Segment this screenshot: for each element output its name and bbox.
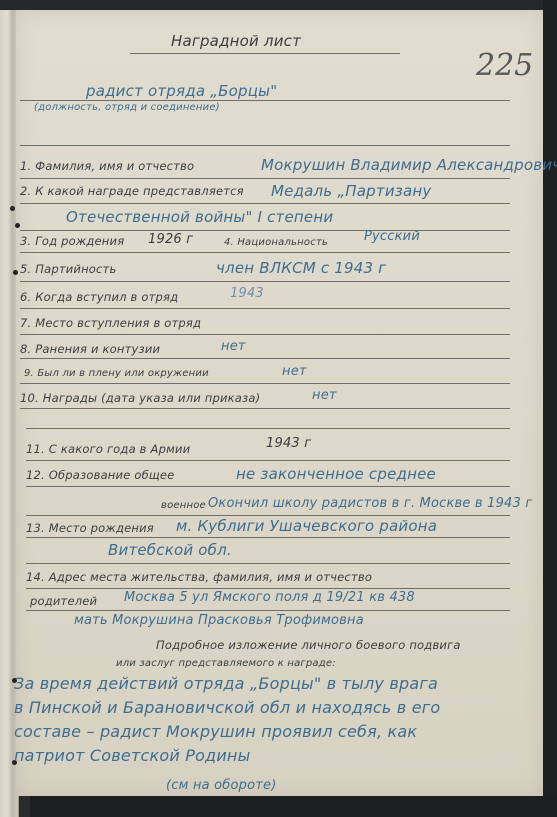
scan-right-edge xyxy=(543,0,557,817)
position-value: радист отряда „Борцы" xyxy=(86,82,277,100)
form-rule xyxy=(20,252,510,253)
field-4-value: Русский xyxy=(364,229,420,244)
scan-bottom-edge xyxy=(30,795,557,817)
narrative-line: в Пинской и Барановичской обл и находясь… xyxy=(14,698,440,717)
field-12-value: не законченное среднее xyxy=(236,465,436,483)
position-caption: (должность, отряд и соединение) xyxy=(34,102,220,113)
form-rule xyxy=(20,383,510,384)
field-4-label: 4. Национальность xyxy=(224,237,328,248)
form-rule xyxy=(20,358,510,359)
form-rule xyxy=(20,178,510,179)
field-12-label: 12. Образование общее xyxy=(26,468,174,482)
field-3-value: 1926 г xyxy=(148,232,193,247)
field-9-label: 9. Был ли в плену или окружении xyxy=(24,368,209,379)
form-rule xyxy=(26,486,510,487)
field-13-value-cont: Витебской обл. xyxy=(108,541,232,559)
field-6-value: 1943 xyxy=(230,286,264,301)
form-rule xyxy=(20,145,510,146)
field-5-value: член ВЛКСМ с 1943 г xyxy=(216,259,386,277)
field-14-value: Москва 5 ул Ямского поля д 19/21 кв 438 xyxy=(124,590,415,605)
field-13-value: м. Кублиги Ушачевского района xyxy=(176,517,437,535)
field-1-value: Мокрушин Владимир Александрович xyxy=(261,156,557,174)
narrative-line: патриот Советской Родины xyxy=(14,746,250,765)
narrative-heading: Подробное изложение личного боевого подв… xyxy=(156,638,461,652)
field-14-label-cont: родителей xyxy=(30,594,97,608)
binding-hole xyxy=(15,223,20,228)
narrative-line: За время действий отряда „Борцы" в тылу … xyxy=(14,674,438,693)
field-7-label: 7. Место вступления в отряд xyxy=(20,316,201,330)
archive-page-number: 225 xyxy=(476,48,533,83)
field-2-value-cont: Отечественной войны" I степени xyxy=(66,208,333,226)
field-10-label: 10. Награды (дата указа или приказа) xyxy=(20,391,260,405)
field-6-label: 6. Когда вступил в отряд xyxy=(20,290,178,304)
field-14-label: 14. Адрес места жительства, фамилия, имя… xyxy=(26,570,372,584)
form-rule xyxy=(26,610,510,611)
field-1-label: 1. Фамилия, имя и отчество xyxy=(20,159,194,173)
field-11-label: 11. С какого года в Армии xyxy=(26,442,190,456)
binding-hole xyxy=(10,206,15,211)
form-rule xyxy=(20,203,510,204)
form-rule xyxy=(26,563,510,564)
field-8-label: 8. Ранения и контузии xyxy=(20,342,160,356)
form-rule xyxy=(20,230,510,231)
field-14-value-cont: мать Мокрушина Прасковья Трофимовна xyxy=(74,613,364,628)
field-9-value: нет xyxy=(282,364,307,379)
form-rule xyxy=(20,334,510,335)
field-8-value: нет xyxy=(221,339,246,354)
field-13-label: 13. Место рождения xyxy=(26,521,154,535)
form-rule xyxy=(20,308,510,309)
form-rule xyxy=(26,537,510,538)
narrative-heading-cont: или заслуг представляемого к награде: xyxy=(116,658,336,669)
form-rule xyxy=(26,428,510,429)
narrative-line: составе – радист Мокрушин проявил себя, … xyxy=(14,722,417,741)
title-underline xyxy=(130,53,400,54)
binding-hole xyxy=(13,270,18,275)
form-rule xyxy=(26,515,510,516)
field-11-value: 1943 г xyxy=(266,436,311,451)
field-3-label: 3. Год рождения xyxy=(20,234,124,248)
narrative-footer: (см на обороте) xyxy=(166,778,277,793)
form-rule xyxy=(26,460,510,461)
award-sheet-page: Наградной лист 225 радист отряда „Борцы"… xyxy=(16,10,543,796)
field-2-label: 2. К какой награде представляется xyxy=(20,184,244,198)
field-10-value: нет xyxy=(312,388,337,403)
document-title: Наградной лист xyxy=(171,32,301,50)
position-underline xyxy=(20,100,510,101)
field-5-label: 5. Партийность xyxy=(20,262,116,276)
field-12-military-label: военное xyxy=(161,500,206,511)
form-rule xyxy=(20,408,510,409)
form-rule xyxy=(26,588,510,589)
field-2-value: Медаль „Партизану xyxy=(271,182,431,200)
field-12-military-value: Окончил школу радистов в г. Москве в 194… xyxy=(208,496,532,511)
form-rule xyxy=(20,281,510,282)
